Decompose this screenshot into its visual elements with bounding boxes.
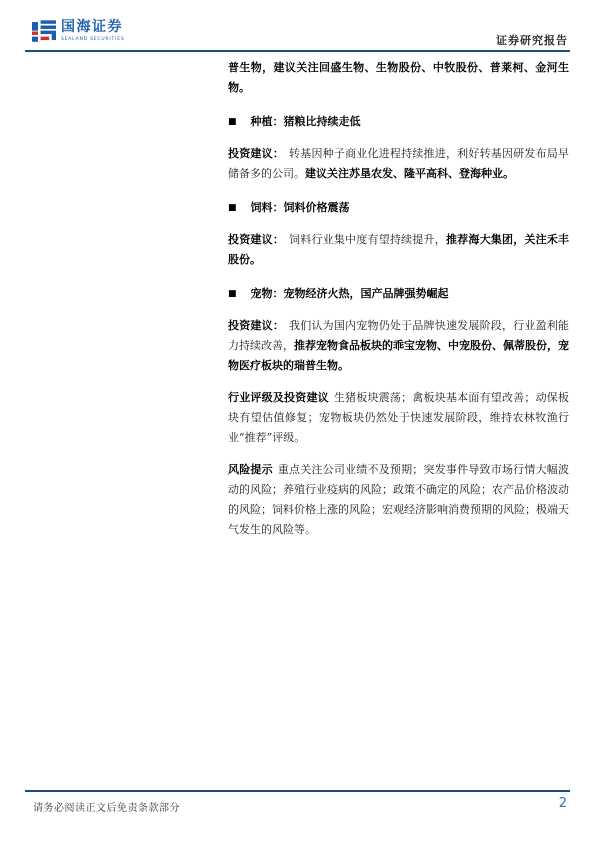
section-heading-label: 饲料：饲料价格震荡 — [251, 198, 350, 218]
advice-label: 投资建议： — [228, 319, 284, 332]
section-heading-label: 种植：猪粮比持续走低 — [251, 112, 361, 132]
report-body: 普生物，建议关注回盛生物、生物股份、中牧股份、普莱柯、金河生物。 ■ 种植：猪粮… — [228, 58, 569, 552]
advice-emphasis: 建议关注苏垦农发、隆平高科、登海种业。 — [305, 167, 514, 180]
bullet-square-icon: ■ — [228, 284, 237, 304]
risk-notice-paragraph: 风险提示重点关注公司业绩不及预期；突发事件导致市场行情大幅波动的风险；养殖行业疫… — [228, 460, 569, 540]
advice-paragraph-planting: 投资建议：转基因种子商业化进程持续推进，利好转基因研发布局早储备多的公司。建议关… — [228, 144, 569, 184]
bullet-square-icon: ■ — [228, 112, 237, 132]
footer-disclaimer: 请务必阅读正文后免责条款部分 — [33, 799, 180, 814]
advice-paragraph-pets: 投资建议：我们认为国内宠物仍处于品牌快速发展阶段，行业盈利能力持续改善，推荐宠物… — [228, 316, 569, 376]
brand-name-cn: 国海证券 — [61, 20, 125, 35]
footer-divider — [25, 790, 570, 792]
industry-rating-label: 行业评级及投资建议 — [228, 391, 329, 404]
section-heading-label: 宠物：宠物经济火热，国产品牌强势崛起 — [251, 284, 449, 304]
brand-name-en: SEALAND SECURITIES — [61, 37, 125, 42]
risk-notice-text: 重点关注公司业绩不及预期；突发事件导致市场行情大幅波动的风险；养殖行业疫病的风险… — [228, 463, 569, 536]
sealand-logo-icon — [32, 20, 56, 43]
page-number: 2 — [559, 796, 567, 811]
advice-text: 饲料行业集中度有望持续提升， — [289, 233, 446, 246]
report-type-label: 证券研究报告 — [496, 32, 568, 48]
section-heading-planting: ■ 种植：猪粮比持续走低 — [228, 112, 569, 133]
intro-paragraph: 普生物，建议关注回盛生物、生物股份、中牧股份、普莱柯、金河生物。 — [228, 58, 569, 98]
risk-notice-label: 风险提示 — [228, 463, 273, 476]
advice-label: 投资建议： — [228, 233, 284, 246]
brand-logo: 国海证券 SEALAND SECURITIES — [32, 20, 125, 43]
advice-label: 投资建议： — [228, 147, 284, 160]
advice-paragraph-feed: 投资建议：饲料行业集中度有望持续提升，推荐海大集团，关注禾丰股份。 — [228, 230, 569, 270]
header-divider — [25, 50, 570, 52]
report-page: 国海证券 SEALAND SECURITIES 证券研究报告 普生物，建议关注回… — [0, 0, 595, 841]
section-heading-pets: ■ 宠物：宠物经济火热，国产品牌强势崛起 — [228, 284, 569, 305]
bullet-square-icon: ■ — [228, 198, 237, 218]
industry-rating-paragraph: 行业评级及投资建议生猪板块震荡；禽板块基本面有望改善；动保板块有望估值修复；宠物… — [228, 388, 569, 448]
section-heading-feed: ■ 饲料：饲料价格震荡 — [228, 198, 569, 219]
